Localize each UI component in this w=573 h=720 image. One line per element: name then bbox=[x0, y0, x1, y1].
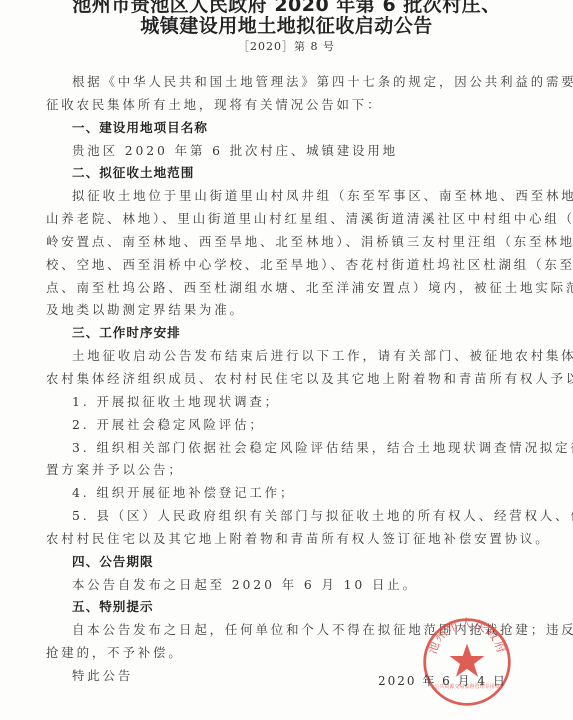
section-3-item-4: 4. 组织开展征地补偿登记工作； bbox=[46, 482, 532, 505]
section-2-line: 岭安置点、南至林地、西至旱地、北至林地）、涓桥镇三友村里汪组（东至林地、南至学 bbox=[46, 231, 532, 254]
section-3-item-5-cont: 农村村民住宅以及其它地上附着物和青苗所有权人签订征地补偿安置协议。 bbox=[46, 528, 532, 551]
issue-date: 2020 年 6 月 4 日 bbox=[378, 672, 507, 689]
section-heading-4: 四、公告期限 bbox=[46, 551, 532, 574]
section-3-item-5: 5. 县（区）人民政府组织有关部门与拟征收土地的所有权人、经营权人、使用权人、 bbox=[46, 505, 532, 528]
title-line-2: 城镇建设用地土地拟征收启动公告 bbox=[0, 11, 573, 38]
section-3-item-3-cont: 置方案并予以公告； bbox=[46, 459, 532, 482]
section-3-item-1: 1. 开展拟征收土地现状调查； bbox=[46, 391, 532, 414]
intro-line: 征收农民集体所有土地，现将有关情况公告如下： bbox=[46, 94, 532, 117]
section-2-line: 点、南至杜坞公路、西至杜湖组水塘、北至洋浦安置点）境内，被征土地实际范围、面积 bbox=[46, 277, 532, 300]
section-heading-3: 三、工作时序安排 bbox=[46, 322, 532, 345]
section-heading-2: 二、拟征收土地范围 bbox=[46, 162, 532, 185]
document-number: ［2020］第 8 号 bbox=[0, 38, 573, 54]
section-2-line: 校、空地、西至涓桥中心学校、北至旱地）、杏花村街道杜坞社区杜湖组（东至洋浦安置 bbox=[46, 254, 532, 277]
section-2-line: 及地类以勘测定界结果为准。 bbox=[46, 299, 532, 322]
section-2-line: 拟征收土地位于里山街道里山村凤井组（东至军事区、南至林地、西至林地、北至里 bbox=[46, 185, 532, 208]
section-4-line: 本公告自发布之日起至 2020 年 6 月 10 日止。 bbox=[46, 574, 532, 597]
section-2-line: 山养老院、林地）、里山街道里山村红星组、清溪街道清溪社区中村组中心组（东至凤凰 bbox=[46, 208, 532, 231]
section-3-line: 土地征收启动公告发布结束后进行以下工作，请有关部门、被征地农村集体经济组织、 bbox=[46, 345, 532, 368]
document-body: 根据《中华人民共和国土地管理法》第四十七条的规定，因公共利益的需要，拟启动 征收… bbox=[46, 71, 532, 688]
section-3-line: 农村集体经济组织成员、农村村民住宅以及其它地上附着物和青苗所有权人予以配合。 bbox=[46, 368, 532, 391]
section-3-item-3: 3. 组织相关部门依据社会稳定风险评估结果，结合土地现状调查情况拟定征地补偿安 bbox=[46, 437, 532, 460]
intro-line: 根据《中华人民共和国土地管理法》第四十七条的规定，因公共利益的需要，拟启动 bbox=[46, 71, 532, 94]
official-seal-icon: 池州市人民政府 公共资源交易监督管理专用章 bbox=[421, 616, 513, 708]
section-1-line: 贵池区 2020 年第 6 批次村庄、城镇建设用地 bbox=[46, 140, 532, 163]
section-heading-1: 一、建设用地项目名称 bbox=[46, 117, 532, 140]
section-3-item-2: 2. 开展社会稳定风险评估； bbox=[46, 414, 532, 437]
